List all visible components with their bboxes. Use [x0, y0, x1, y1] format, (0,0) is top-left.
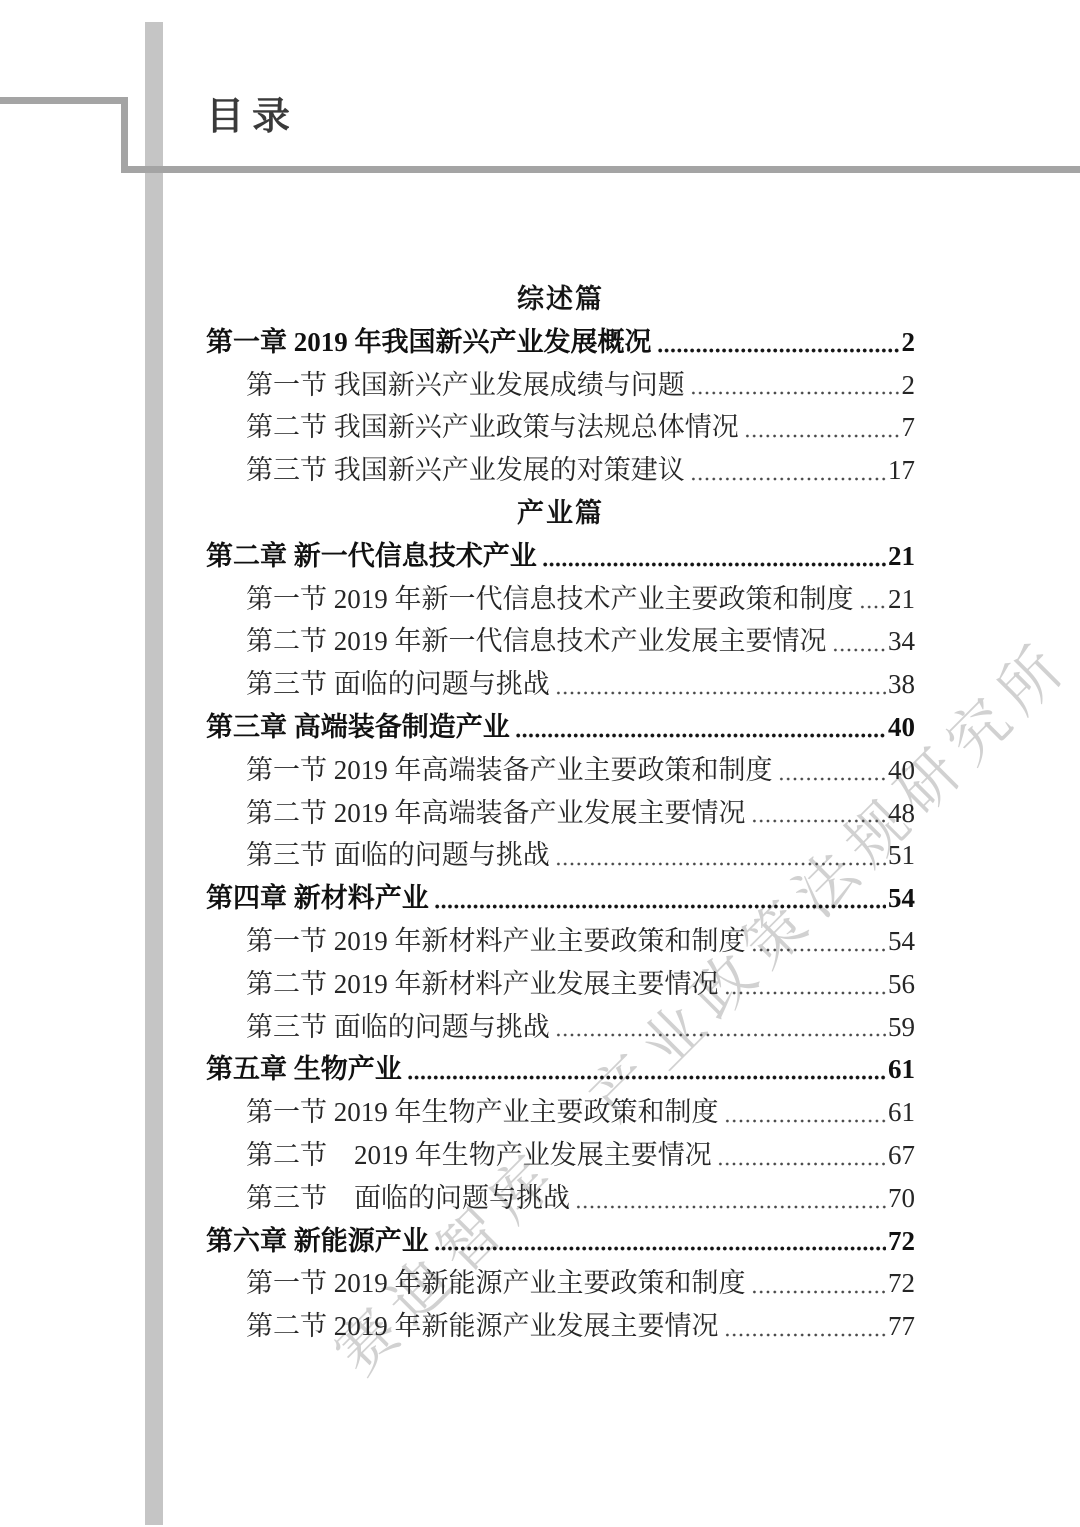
toc-entry-label: 第一节 2019 年生物产业主要政策和制度	[206, 1091, 719, 1134]
toc-section-row: 第二节 2019 年新材料产业发展主要情况 56	[206, 963, 915, 1006]
header-divider-rule	[121, 166, 1080, 173]
toc-part-row: 综述篇	[206, 278, 915, 321]
toc-entry-label: 综述篇	[517, 278, 604, 321]
toc-leader-dots	[859, 604, 887, 610]
toc-page-number: 17	[888, 449, 915, 492]
toc-section-row: 第一节 2019 年生物产业主要政策和制度 61	[206, 1091, 915, 1134]
corner-rule-horizontal	[0, 97, 128, 104]
toc-leader-dots	[555, 690, 886, 696]
toc-page-number: 2	[902, 364, 916, 407]
toc-leader-dots	[434, 903, 886, 910]
toc-entry-label: 第二节 2019 年高端装备产业发展主要情况	[206, 792, 746, 835]
toc-leader-dots	[724, 1332, 887, 1338]
toc-leader-dots	[515, 732, 886, 739]
toc-entry-label: 第三节 面临的问题与挑战	[206, 1177, 570, 1220]
toc-leader-dots	[724, 990, 887, 996]
toc-page-number: 48	[888, 792, 915, 835]
toc-leader-dots	[542, 561, 886, 568]
toc-page-number: 77	[888, 1305, 915, 1348]
toc-page-number: 67	[888, 1134, 915, 1177]
toc-page-number: 56	[888, 963, 915, 1006]
toc-page-number: 21	[888, 535, 915, 578]
toc-section-row: 第一节 2019 年新材料产业主要政策和制度 54	[206, 920, 915, 963]
toc-entry-label: 第二节 我国新兴产业政策与法规总体情况	[206, 406, 739, 449]
toc-entry-label: 第五章 生物产业	[206, 1048, 402, 1091]
toc-leader-dots	[832, 647, 887, 653]
toc-entry-label: 第二节 2019 年生物产业发展主要情况	[206, 1134, 712, 1177]
toc-entry-label: 第一节 我国新兴产业发展成绩与问题	[206, 364, 685, 407]
toc-entry-label: 第二节 2019 年新能源产业发展主要情况	[206, 1305, 719, 1348]
toc-leader-dots	[575, 1204, 886, 1210]
toc-section-row: 第二节 2019 年新能源产业发展主要情况 77	[206, 1305, 915, 1348]
toc-leader-dots	[690, 476, 886, 482]
toc-page-number: 61	[888, 1048, 915, 1091]
toc-entry-label: 第三节 面临的问题与挑战	[206, 1006, 550, 1049]
toc-page-number: 40	[888, 749, 915, 792]
toc-page-number: 59	[888, 1006, 915, 1049]
toc-chapter-row: 第五章 生物产业 61	[206, 1048, 915, 1091]
toc-entry-label: 第四章 新材料产业	[206, 877, 429, 920]
toc-entry-label: 第一章 2019 年我国新兴产业发展概况	[206, 321, 652, 364]
toc-leader-dots	[778, 776, 887, 782]
toc-section-row: 第三节 面临的问题与挑战 51	[206, 834, 915, 877]
toc-page-number: 54	[888, 877, 915, 920]
toc-leader-dots	[555, 861, 886, 867]
toc-leader-dots	[724, 1118, 887, 1124]
toc-entry-label: 第一节 2019 年新能源产业主要政策和制度	[206, 1262, 746, 1305]
toc-leader-dots	[751, 1289, 887, 1295]
toc-page-number: 72	[888, 1220, 915, 1263]
toc-entry-label: 产业篇	[517, 492, 604, 535]
toc-section-row: 第二节 2019 年高端装备产业发展主要情况 48	[206, 792, 915, 835]
toc-page-number: 7	[902, 406, 916, 449]
toc-entry-label: 第二章 新一代信息技术产业	[206, 535, 537, 578]
toc-list: 综述篇 第一章 2019 年我国新兴产业发展概况 2 第一节 我国新兴产业发展成…	[206, 278, 915, 1348]
toc-page-number: 72	[888, 1262, 915, 1305]
page-title: 目录	[206, 98, 298, 136]
toc-entry-label: 第二节 2019 年新材料产业发展主要情况	[206, 963, 719, 1006]
left-vertical-bar	[145, 22, 163, 1525]
toc-leader-dots	[555, 1032, 886, 1038]
toc-section-row: 第一节 我国新兴产业发展成绩与问题 2	[206, 364, 915, 407]
toc-section-row: 第三节 面临的问题与挑战 70	[206, 1177, 915, 1220]
toc-page-number: 40	[888, 706, 915, 749]
toc-page-number: 2	[902, 321, 916, 364]
toc-leader-dots	[751, 818, 887, 824]
toc-section-row: 第三节 我国新兴产业发展的对策建议 17	[206, 449, 915, 492]
toc-entry-label: 第一节 2019 年高端装备产业主要政策和制度	[206, 749, 773, 792]
toc-entry-label: 第三节 我国新兴产业发展的对策建议	[206, 449, 685, 492]
toc-chapter-row: 第一章 2019 年我国新兴产业发展概况 2	[206, 321, 915, 364]
toc-chapter-row: 第四章 新材料产业 54	[206, 877, 915, 920]
toc-leader-dots	[434, 1245, 886, 1252]
toc-leader-dots	[744, 433, 900, 439]
toc-section-row: 第二节 2019 年新一代信息技术产业发展主要情况 34	[206, 620, 915, 663]
toc-section-row: 第一节 2019 年高端装备产业主要政策和制度 40	[206, 749, 915, 792]
toc-entry-label: 第三节 面临的问题与挑战	[206, 663, 550, 706]
toc-section-row: 第一节 2019 年新能源产业主要政策和制度 72	[206, 1262, 915, 1305]
toc-chapter-row: 第二章 新一代信息技术产业 21	[206, 535, 915, 578]
toc-page-number: 70	[888, 1177, 915, 1220]
toc-leader-dots	[717, 1161, 886, 1167]
toc-section-row: 第二节 2019 年生物产业发展主要情况 67	[206, 1134, 915, 1177]
toc-page-number: 51	[888, 834, 915, 877]
toc-section-row: 第二节 我国新兴产业政策与法规总体情况 7	[206, 406, 915, 449]
toc-leader-dots	[690, 390, 900, 396]
toc-page-number: 54	[888, 920, 915, 963]
document-page: 赛迪智库 产业政策法规研究所 目录 综述篇 第一章 2019 年我国新兴产业发展…	[0, 0, 1080, 1527]
toc-entry-label: 第六章 新能源产业	[206, 1220, 429, 1263]
toc-entry-label: 第二节 2019 年新一代信息技术产业发展主要情况	[206, 620, 827, 663]
toc-chapter-row: 第三章 高端装备制造产业 40	[206, 706, 915, 749]
toc-leader-dots	[751, 947, 887, 953]
toc-section-row: 第三节 面临的问题与挑战 38	[206, 663, 915, 706]
toc-entry-label: 第三章 高端装备制造产业	[206, 706, 510, 749]
corner-rule-vertical	[121, 97, 128, 173]
toc-section-row: 第一节 2019 年新一代信息技术产业主要政策和制度 21	[206, 578, 915, 621]
toc-entry-label: 第三节 面临的问题与挑战	[206, 834, 550, 877]
toc-entry-label: 第一节 2019 年新材料产业主要政策和制度	[206, 920, 746, 963]
toc-leader-dots	[407, 1074, 886, 1081]
toc-chapter-row: 第六章 新能源产业 72	[206, 1220, 915, 1263]
toc-section-row: 第三节 面临的问题与挑战 59	[206, 1006, 915, 1049]
toc-entry-label: 第一节 2019 年新一代信息技术产业主要政策和制度	[206, 578, 854, 621]
toc-page-number: 38	[888, 663, 915, 706]
toc-page-number: 21	[888, 578, 915, 621]
toc-page-number: 61	[888, 1091, 915, 1134]
toc-leader-dots	[657, 347, 900, 354]
toc-page-number: 34	[888, 620, 915, 663]
toc-part-row: 产业篇	[206, 492, 915, 535]
